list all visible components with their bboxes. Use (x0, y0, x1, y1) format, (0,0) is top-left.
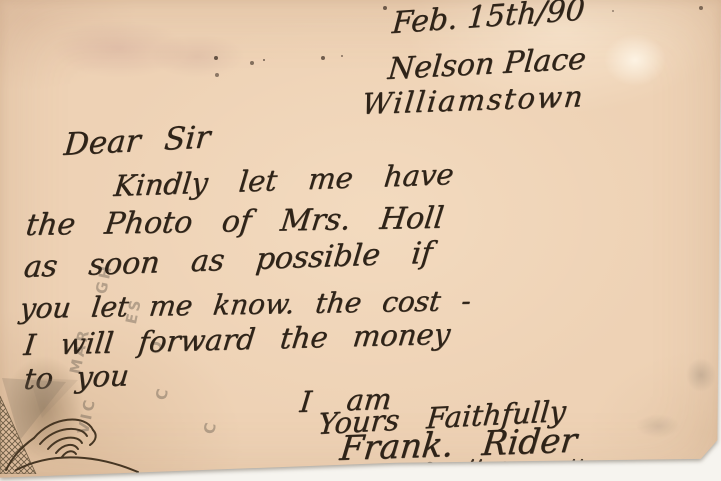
ink-specks (0, 0, 2, 2)
paper-abrasion (604, 34, 666, 86)
address-line: Williamstown (360, 79, 586, 121)
body-line: as soon as possible if (22, 236, 434, 285)
gray-smudge (686, 358, 716, 392)
postmark-fragment: C (152, 384, 173, 401)
signature-flourish (418, 454, 718, 476)
ink-smudge (52, 20, 187, 78)
salutation: Dear Sir (62, 119, 211, 163)
date-line: Feb. 15th/90 (391, 0, 586, 41)
scan-background: GH ES O MAR C VIC C Feb. 15th/90 Nelson … (0, 0, 721, 481)
body-line: Kindly let me have (112, 157, 455, 203)
gray-smudge (636, 414, 680, 438)
postcard: GH ES O MAR C VIC C Feb. 15th/90 Nelson … (0, 0, 721, 481)
postmark-fragment: C (200, 418, 221, 435)
scanned-postcard-photo: GH ES O MAR C VIC C Feb. 15th/90 Nelson … (0, 0, 721, 481)
corner-ornament-engraving (0, 378, 140, 474)
ink-smudge (150, 34, 245, 78)
